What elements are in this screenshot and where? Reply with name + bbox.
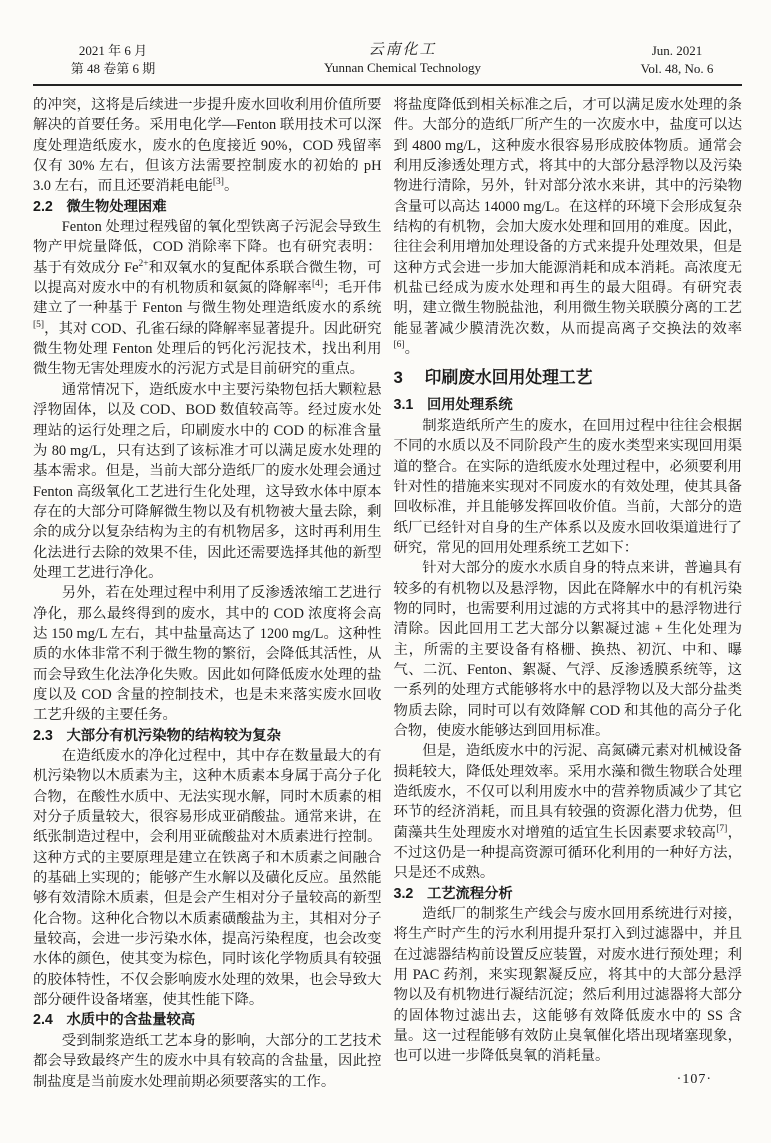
journal-title-block: 云南化工 Yunnan Chemical Technology xyxy=(193,42,612,77)
journal-volume-cn: 第 48 卷第 6 期 xyxy=(33,60,193,78)
journal-page: 2021 年 6 月 第 48 卷第 6 期 云南化工 Yunnan Chemi… xyxy=(0,0,771,1143)
paragraph: 通常情况下，造纸废水中主要污染物包括大颗粒悬浮物固体，以及 COD、BOD 数值… xyxy=(33,380,382,583)
paragraph: 的冲突，这将是后续进一步提升废水回收利用价值所要解决的首要任务。采用电化学—Fe… xyxy=(33,95,382,197)
paragraph-text: 另外，若在处理过程中利用了反渗透浓缩工艺进行净化，那么最终得到的废水，其中的 C… xyxy=(33,585,382,723)
citation-ref: [5] xyxy=(33,320,44,330)
header-issue-info-cn: 2021 年 6 月 第 48 卷第 6 期 xyxy=(33,42,193,77)
paragraph-text: 制浆造纸所产生的废水，在回用过程中往往会根据不同的水质以及不同阶段产生的废水类型… xyxy=(394,418,743,556)
subsection-heading: 3.1回用处理系统 xyxy=(394,395,743,415)
journal-title-en: Yunnan Chemical Technology xyxy=(193,59,612,77)
paragraph: 针对大部分的废水水质自身的特点来讲，普遍具有较多的有机物以及悬浮物，因此在降解水… xyxy=(394,558,743,741)
paragraph-text: 针对大部分的废水水质自身的特点来讲，普遍具有较多的有机物以及悬浮物，因此在降解水… xyxy=(394,560,743,739)
left-column: 的冲突，这将是后续进一步提升废水回收利用价值所要解决的首要任务。采用电化学—Fe… xyxy=(33,95,382,1092)
subsection-heading: 2.3大部分有机污染物的结构较为复杂 xyxy=(33,726,382,746)
heading-title: 工艺流程分析 xyxy=(427,886,513,902)
paragraph: 但是，造纸废水中的污泥、高氮磷元素对机械设备损耗较大，降低处理效率。采用水藻和微… xyxy=(394,741,743,883)
heading-number: 3.1 xyxy=(394,397,414,413)
page-number: ·107· xyxy=(394,1070,743,1090)
header-rule xyxy=(33,84,742,86)
paragraph-text: 的冲突，这将是后续进一步提升废水回收利用价值所要解决的首要任务。采用电化学—Fe… xyxy=(33,97,382,194)
heading-number: 3.2 xyxy=(394,886,414,902)
heading-title: 水质中的含盐量较高 xyxy=(66,1012,195,1028)
citation-ref: [7] xyxy=(716,824,727,834)
journal-date-cn: 2021 年 6 月 xyxy=(33,42,193,60)
paragraph: 造纸厂的制浆生产线会与废水回用系统进行对接，将生产时产生的污水利用提升泵打入到过… xyxy=(394,904,743,1067)
paragraph: 受到制浆造纸工艺本身的影响，大部分的工艺技术都会导致最终产生的废水中具有较高的含… xyxy=(33,1031,382,1092)
heading-number: 2.4 xyxy=(33,1012,53,1028)
paragraph-text: ，其对 COD、孔雀石绿的降解率显著提升。因此研究微生物处理 Fenton 处理… xyxy=(33,321,382,378)
heading-title: 微生物处理困难 xyxy=(66,199,166,215)
paragraph-text: 。 xyxy=(405,341,419,357)
heading-title: 大部分有机污染物的结构较为复杂 xyxy=(66,728,280,744)
paragraph-text: 造纸厂的制浆生产线会与废水回用系统进行对接，将生产时产生的污水利用提升泵打入到过… xyxy=(394,906,743,1064)
paragraph-text: 在造纸废水的净化过程中，其中存在数量最大的有机污染物以木质素为主，这种木质素本身… xyxy=(33,748,382,1008)
journal-title-cn: 云南化工 xyxy=(193,42,612,59)
journal-header: 2021 年 6 月 第 48 卷第 6 期 云南化工 Yunnan Chemi… xyxy=(33,42,742,77)
heading-number: 2.2 xyxy=(33,199,53,215)
section-heading: 3印刷废水回用处理工艺 xyxy=(394,367,743,389)
header-issue-info-en: Jun. 2021 Vol. 48, No. 6 xyxy=(612,42,742,77)
article-body: 的冲突，这将是后续进一步提升废水回收利用价值所要解决的首要任务。采用电化学—Fe… xyxy=(33,95,742,1092)
citation-ref: 2+ xyxy=(138,259,148,269)
paragraph-text: 。 xyxy=(224,178,238,194)
paragraph: 另外，若在处理过程中利用了反渗透浓缩工艺进行净化，那么最终得到的废水，其中的 C… xyxy=(33,583,382,725)
paragraph-text: 通常情况下，造纸废水中主要污染物包括大颗粒悬浮物固体，以及 COD、BOD 数值… xyxy=(33,382,382,581)
subsection-heading: 2.4水质中的含盐量较高 xyxy=(33,1010,382,1030)
heading-title: 回用处理系统 xyxy=(427,397,513,413)
heading-number: 2.3 xyxy=(33,728,53,744)
heading-number: 3 xyxy=(394,368,403,387)
paragraph: Fenton 处理过程残留的氧化型铁离子污泥会导致生物产甲烷量降低，COD 消除… xyxy=(33,217,382,380)
paragraph-text: 受到制浆造纸工艺本身的影响，大部分的工艺技术都会导致最终产生的废水中具有较高的含… xyxy=(33,1033,382,1090)
paragraph-text: 将盐度降低到相关标准之后，才可以满足废水处理的条件。大部分的造纸厂所产生的一次废… xyxy=(394,97,743,337)
citation-ref: [4] xyxy=(312,279,323,289)
paragraph: 将盐度降低到相关标准之后，才可以满足废水处理的条件。大部分的造纸厂所产生的一次废… xyxy=(394,95,743,359)
subsection-heading: 3.2工艺流程分析 xyxy=(394,884,743,904)
paragraph: 制浆造纸所产生的废水，在回用过程中往往会根据不同的水质以及不同阶段产生的废水类型… xyxy=(394,416,743,558)
heading-title: 印刷废水回用处理工艺 xyxy=(425,368,593,387)
paragraph-text: 但是，造纸废水中的污泥、高氮磷元素对机械设备损耗较大，降低处理效率。采用水藻和微… xyxy=(394,743,743,840)
journal-date-en: Jun. 2021 xyxy=(612,42,742,60)
citation-ref: [6] xyxy=(394,340,405,350)
citation-ref: [3] xyxy=(213,178,224,188)
paragraph: 在造纸废水的净化过程中，其中存在数量最大的有机污染物以木质素为主，这种木质素本身… xyxy=(33,746,382,1010)
subsection-heading: 2.2微生物处理困难 xyxy=(33,197,382,217)
right-column: 将盐度降低到相关标准之后，才可以满足废水处理的条件。大部分的造纸厂所产生的一次废… xyxy=(394,95,743,1092)
journal-volume-en: Vol. 48, No. 6 xyxy=(612,60,742,78)
